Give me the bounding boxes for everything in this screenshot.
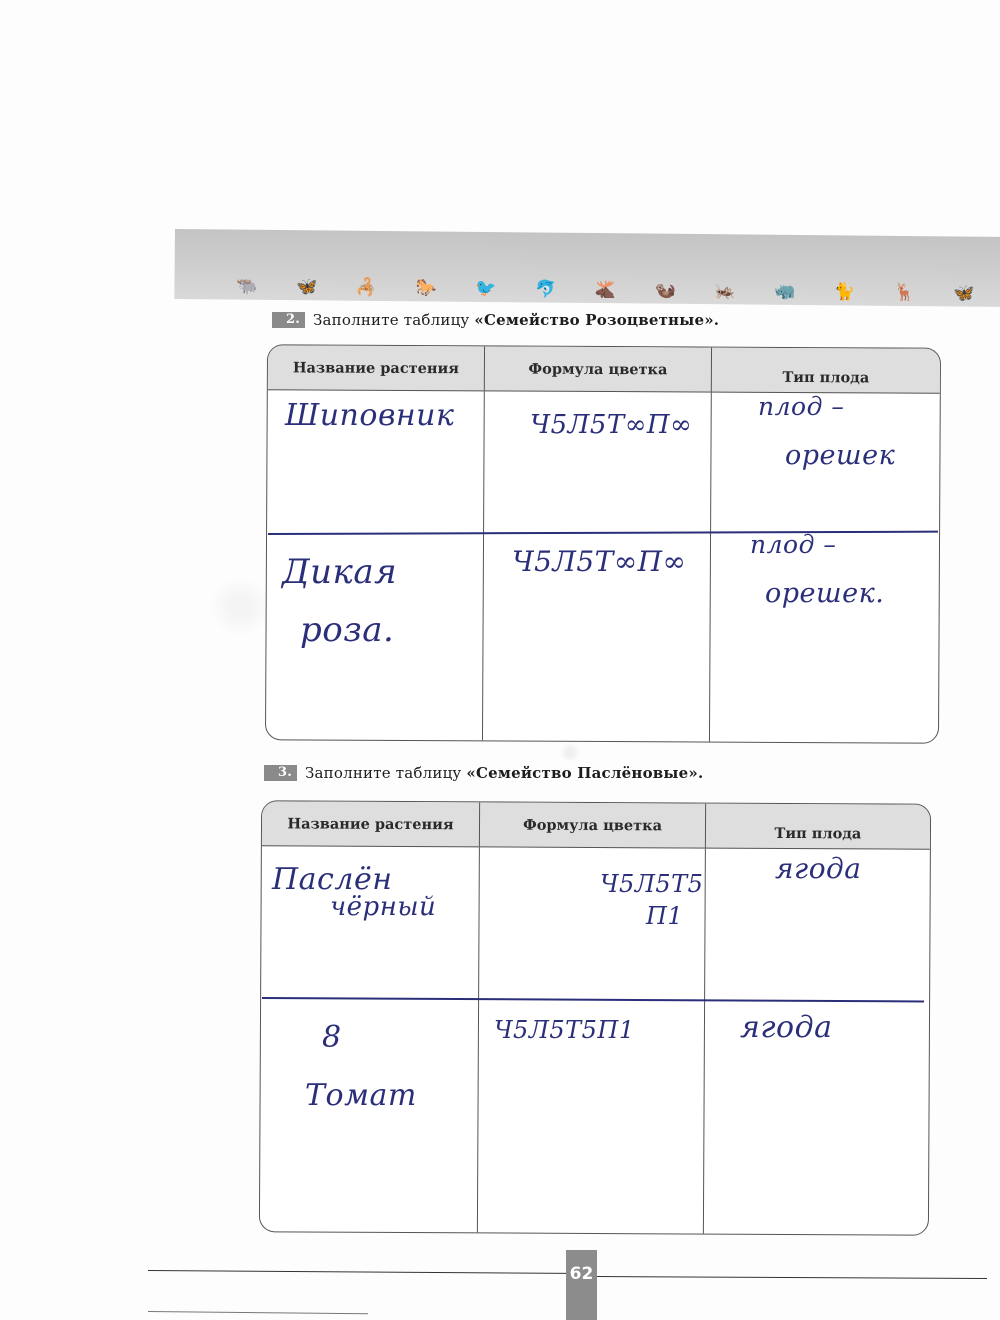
answer-formula-3-line2[interactable]: П1 [646,902,683,930]
insect-icon: 🦗 [714,283,735,300]
answer-fruit-2-line1[interactable]: плод – [750,530,836,559]
answer-formula-4[interactable]: Ч5Л5Т5П1 [494,1016,635,1044]
meerkat-icon: 🦦 [654,283,675,300]
task-number-badge: 3. [264,765,297,781]
header-flower-formula: Формула цветка [480,802,706,847]
scorpion-icon: 🦂 [356,280,377,297]
answer-plant-3-line2[interactable]: чёрный [330,892,436,922]
answer-plant-2-line1[interactable]: Дикая [282,552,397,592]
answer-formula-1[interactable]: Ч5Л5Т∞П∞ [530,410,692,440]
answer-fruit-2-line2[interactable]: орешек. [765,578,884,609]
rhinoceros-icon: 🦏 [774,284,795,301]
horse-icon: 🐎 [416,280,437,297]
answer-fruit-1-line1[interactable]: плод – [758,392,844,421]
answer-plant-1[interactable]: Шиповник [285,398,454,433]
answer-plant-2-line2[interactable]: роза. [300,610,394,650]
antelope-icon: 🦌 [893,285,914,302]
task-instruction: Заполните таблицу «Семейство Розоцветные… [313,311,719,329]
animal-silhouettes: 🐃 🦋 🦂 🐎 🐦 🐬 🫎 🦦 🦗 🦏 🐈 🦌 🦋 [236,279,974,303]
answer-fruit-1-line2[interactable]: орешек [785,440,895,471]
header-fruit-type: Тип плода [706,804,930,849]
table-header: Название растения Формула цветка Тип пло… [268,345,940,394]
bird-icon: 🐦 [475,281,496,298]
answer-plant-4[interactable]: Томат [305,1078,417,1113]
answer-plant-4-mark[interactable]: 8 [322,1020,342,1055]
header-band: 🐃 🦋 🦂 🐎 🐦 🐬 🫎 🦦 🦗 🦏 🐈 🦌 🦋 [174,229,1000,307]
answer-fruit-4[interactable]: ягода [740,1010,833,1045]
task-title: «Семейство Паслёновые». [466,764,703,782]
table-header: Название растения Формула цветка Тип пло… [262,801,930,849]
moose-icon: 🫎 [595,282,616,299]
task-instruction: Заполните таблицу «Семейство Паслёновые»… [305,764,703,782]
header-plant-name: Название растения [268,345,485,390]
dolphin-icon: 🐬 [535,281,556,298]
header-plant-name: Название растения [262,801,480,846]
task-number-badge: 2. [272,312,305,328]
bison-icon: 🐃 [236,279,257,296]
footer-rule-left [148,1270,568,1274]
header-flower-formula: Формула цветка [485,346,712,391]
butterfly-icon: 🦋 [296,279,317,296]
footer-rule-right [597,1276,987,1279]
butterfly-icon: 🦋 [953,285,974,302]
header-fruit-type: Тип плода [712,348,940,393]
page-number: 62 [566,1250,597,1320]
task-title: «Семейство Розоцветные». [474,311,719,329]
cat-icon: 🐈 [834,284,855,301]
answer-fruit-3[interactable]: ягода [775,852,862,885]
answer-formula-3-line1[interactable]: Ч5Л5Т5 [600,870,703,898]
answer-formula-2[interactable]: Ч5Л5Т∞П∞ [512,545,686,578]
footer-rule-lower [148,1311,368,1314]
task-2-heading: 2. Заполните таблицу «Семейство Розоцвет… [272,311,719,329]
task-3-heading: 3. Заполните таблицу «Семейство Паслёнов… [264,764,703,782]
